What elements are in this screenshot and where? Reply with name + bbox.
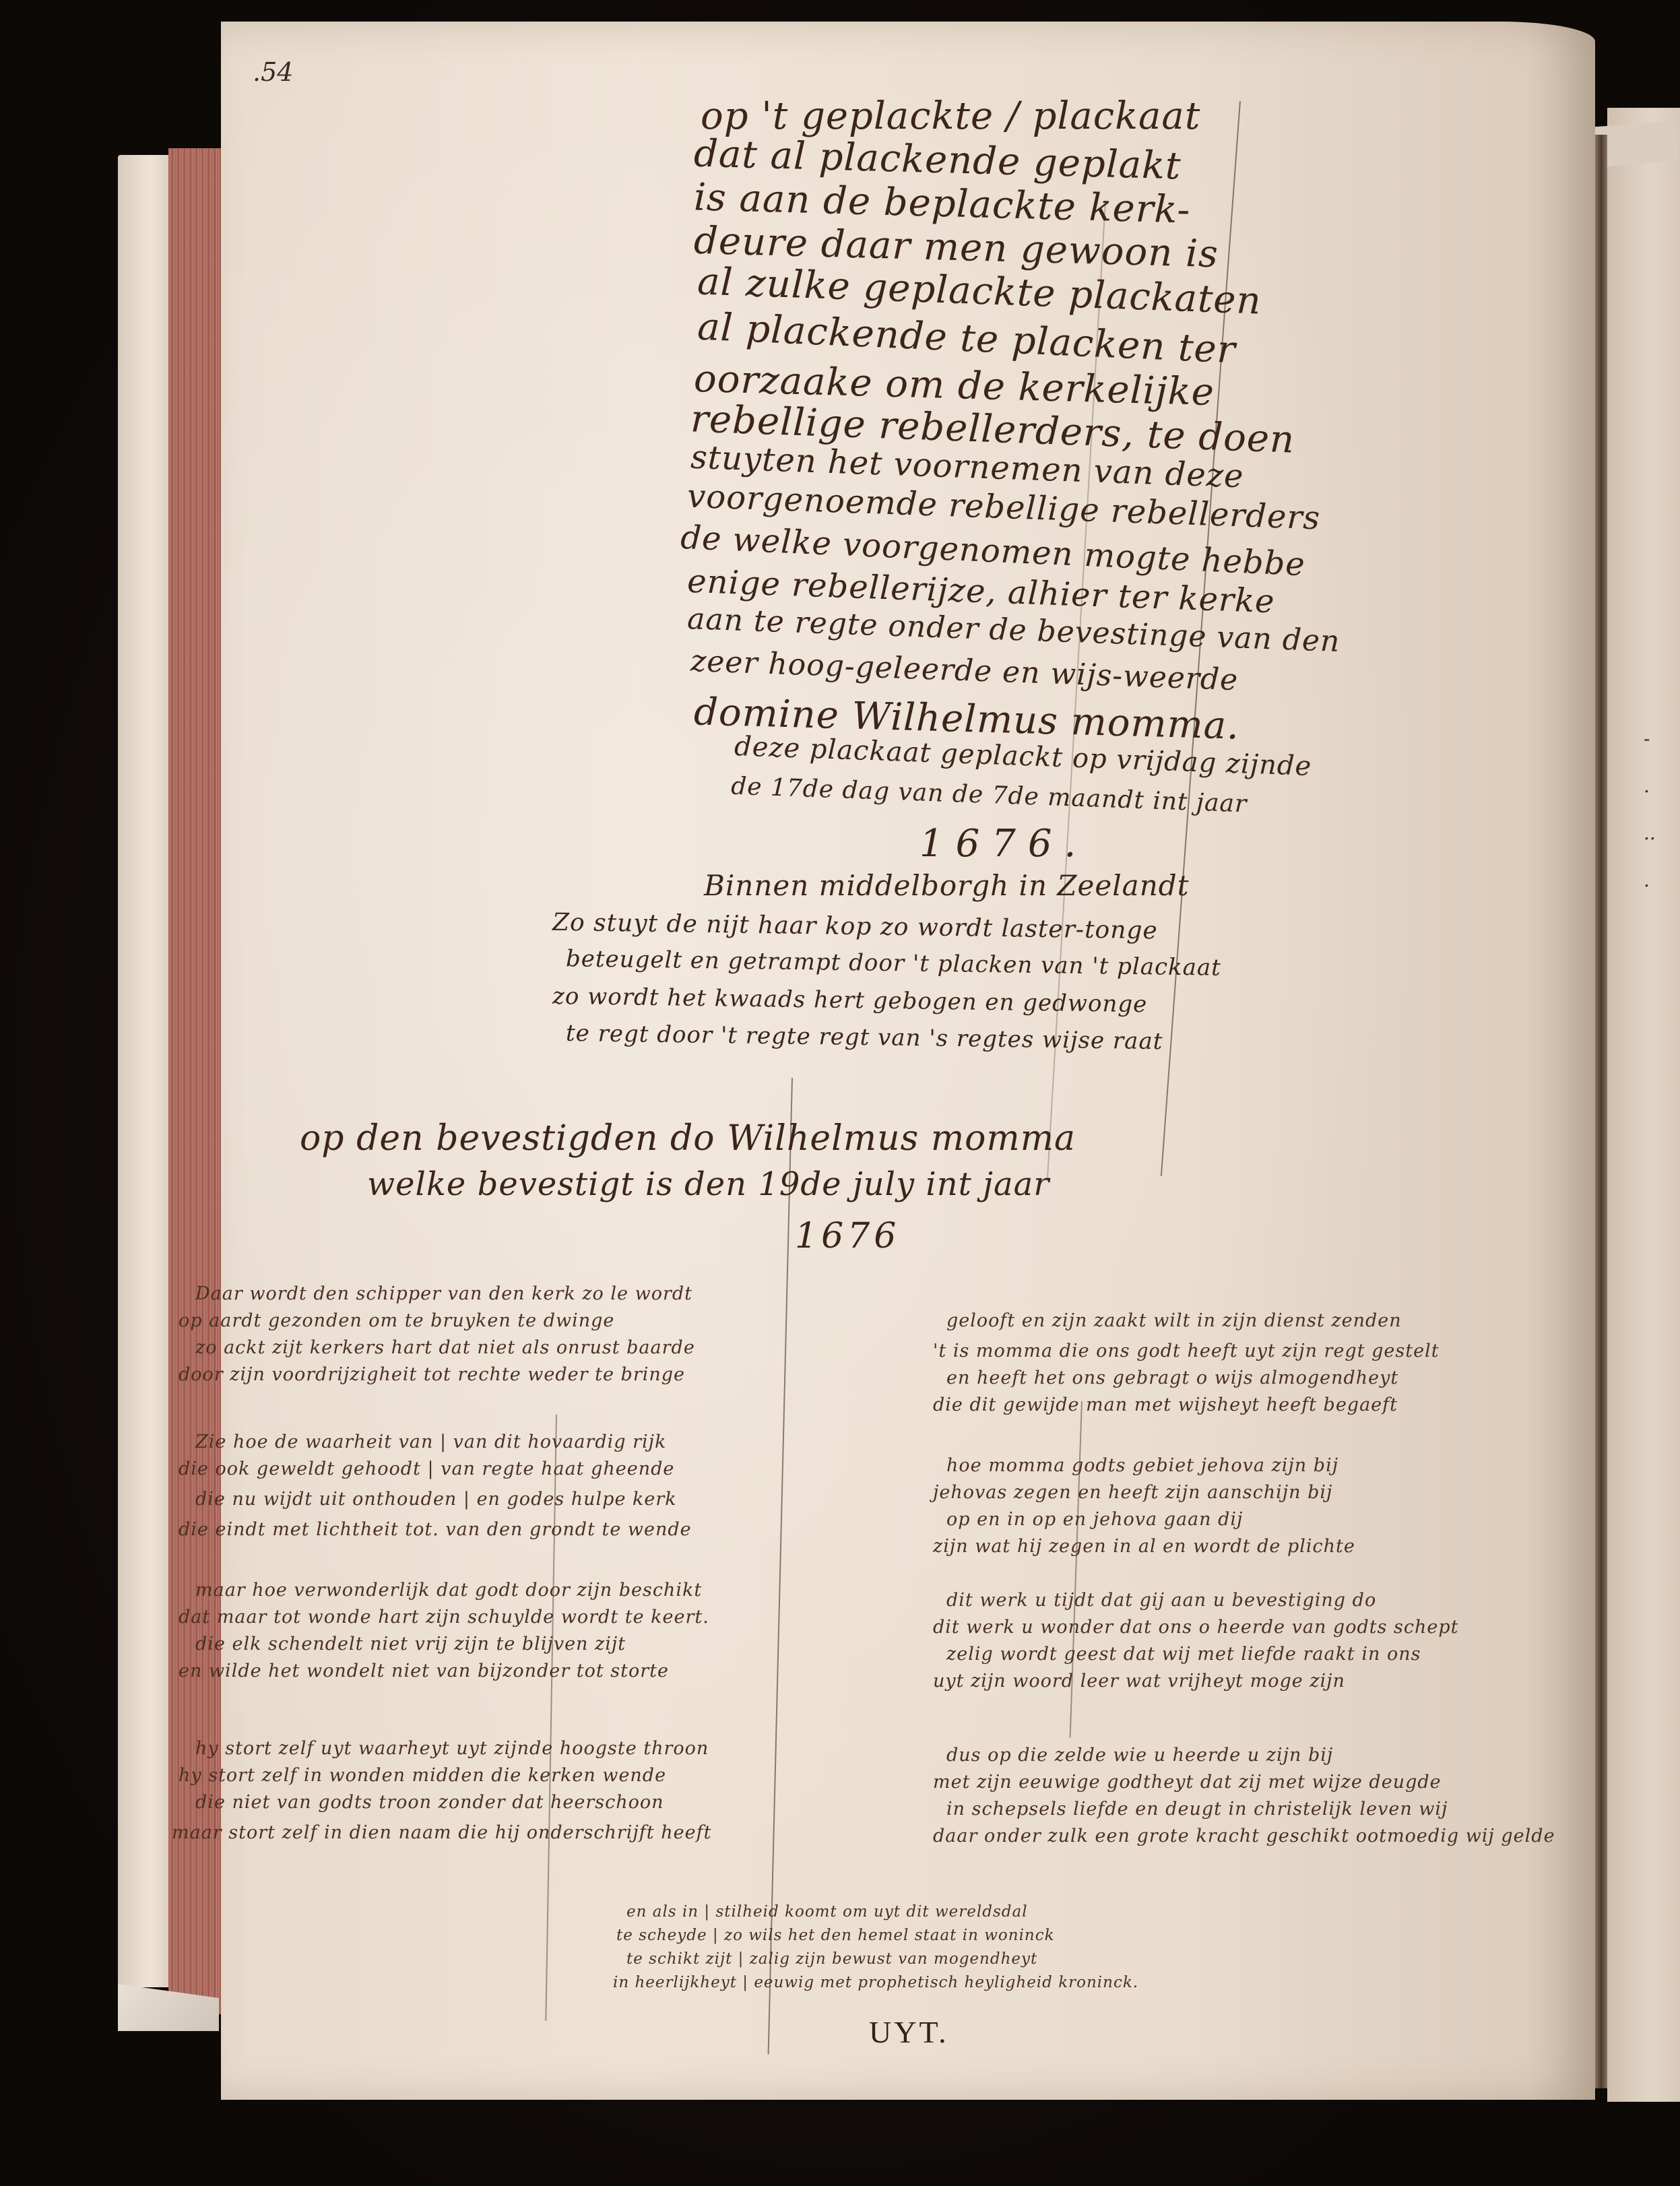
right-stanza-line: zijn wat hij zegen in al en wordt de pli…	[933, 1536, 1355, 1557]
right-stanza-line: daar onder zulk een grote kracht geschik…	[933, 1826, 1555, 1846]
right-stanza-line: in schepsels liefde en deugt in christel…	[946, 1799, 1448, 1820]
left-stanza-line: en wilde het wondelt niet van bijzonder …	[179, 1661, 669, 1681]
poem1-year: 1676.	[919, 822, 1088, 866]
left-stanza-line: die elk schendelt niet vrij zijn te blij…	[195, 1634, 626, 1654]
closing-line: en als in | stilheid koomt om uyt dit we…	[626, 1903, 1028, 1921]
poem1-line: op 't geplackte / plackaat	[701, 94, 1200, 138]
right-stanza-line: uyt zijn woord leer wat vrijheyt moge zi…	[933, 1671, 1345, 1692]
left-stanza-line: door zijn voordrijzigheit tot rechte wed…	[179, 1364, 685, 1385]
left-stanza-line: die ook geweldt gehoodt | van regte haat…	[179, 1458, 674, 1479]
folio-number: .54	[253, 57, 293, 87]
book-gutter	[1595, 135, 1607, 2088]
left-stanza-line: op aardt gezonden om te bruyken te dwing…	[179, 1310, 614, 1331]
left-stanza-line: hy stort zelf in wonden midden die kerke…	[179, 1765, 666, 1786]
right-stanza-line: dit werk u wonder dat ons o heerde van g…	[933, 1617, 1459, 1638]
right-stanza-line: 't is momma die ons godt heeft uyt zijn …	[933, 1341, 1440, 1361]
right-stanza-line: die dit gewijde man met wijsheyt heeft b…	[933, 1394, 1398, 1415]
right-stanza-line: hoe momma godts gebiet jehova zijn bij	[946, 1455, 1338, 1476]
right-stanza-line: en heeft het ons gebragt o wijs almogend…	[946, 1368, 1398, 1388]
end-mark: UYT.	[869, 2014, 949, 2050]
facing-page-fragment: .	[1644, 775, 1650, 797]
right-stanza-line: dit werk u tijdt dat gij aan u bevestigi…	[946, 1590, 1376, 1611]
facing-page-fragment: ..	[1644, 822, 1656, 844]
left-stanza-line: maar stort zelf in dien naam die hij ond…	[172, 1822, 711, 1843]
right-stanza-line: jehovas zegen en heeft zijn aanschijn bi…	[933, 1482, 1332, 1503]
facing-page-fragment: .	[1644, 869, 1650, 891]
left-stanza-line: maar hoe verwonderlijk dat godt door zij…	[195, 1580, 702, 1601]
left-stanza-line: die niet van godts troon zonder dat heer…	[195, 1792, 664, 1813]
right-stanza-line: zelig wordt geest dat wij met liefde raa…	[946, 1644, 1421, 1665]
right-stanza-line: gelooft en zijn zaakt wilt in zijn diens…	[946, 1310, 1402, 1331]
closing-line: te schikt zijt | zalig zijn bewust van m…	[626, 1950, 1037, 1968]
left-stanza-line: hy stort zelf uyt waarheyt uyt zijnde ho…	[195, 1738, 709, 1759]
closing-line: in heerlijkheyt | eeuwig met prophetisch…	[613, 1974, 1138, 1991]
book-page-edges-red	[168, 148, 221, 2014]
facing-page	[1607, 108, 1680, 2102]
left-stanza-line: die eindt met lichtheit tot. van den gro…	[179, 1519, 692, 1540]
left-stanza-line: dat maar tot wonde hart zijn schuylde wo…	[179, 1607, 709, 1628]
facing-page-fragment: -	[1644, 728, 1650, 750]
left-stanza-line: zo ackt zijt kerkers hart dat niet als o…	[195, 1337, 695, 1358]
poem2-title-line: 1676	[795, 1216, 900, 1256]
left-stanza-line: Zie hoe de waarheit van | van dit hovaar…	[195, 1432, 666, 1452]
right-stanza-line: met zijn eeuwige godtheyt dat zij met wi…	[933, 1772, 1442, 1793]
poem2-title-line: op den bevestigden do Wilhelmus momma	[300, 1118, 1076, 1159]
closing-line: te scheyde | zo wils het den hemel staat…	[616, 1927, 1055, 1944]
left-stanza-line: Daar wordt den schipper van den kerk zo …	[195, 1283, 692, 1304]
right-stanza-line: dus op die zelde wie u heerde u zijn bij	[946, 1745, 1333, 1766]
right-stanza-line: op en in op en jehova gaan dij	[946, 1509, 1243, 1530]
left-stanza-line: die nu wijdt uit onthouden | en godes hu…	[195, 1489, 677, 1510]
poem1-place: Binnen middelborgh in Zeelandt	[704, 869, 1190, 902]
book-cover-edge	[118, 155, 172, 1987]
poem2-title-line: welke bevestigt is den 19de july int jaa…	[367, 1165, 1049, 1203]
